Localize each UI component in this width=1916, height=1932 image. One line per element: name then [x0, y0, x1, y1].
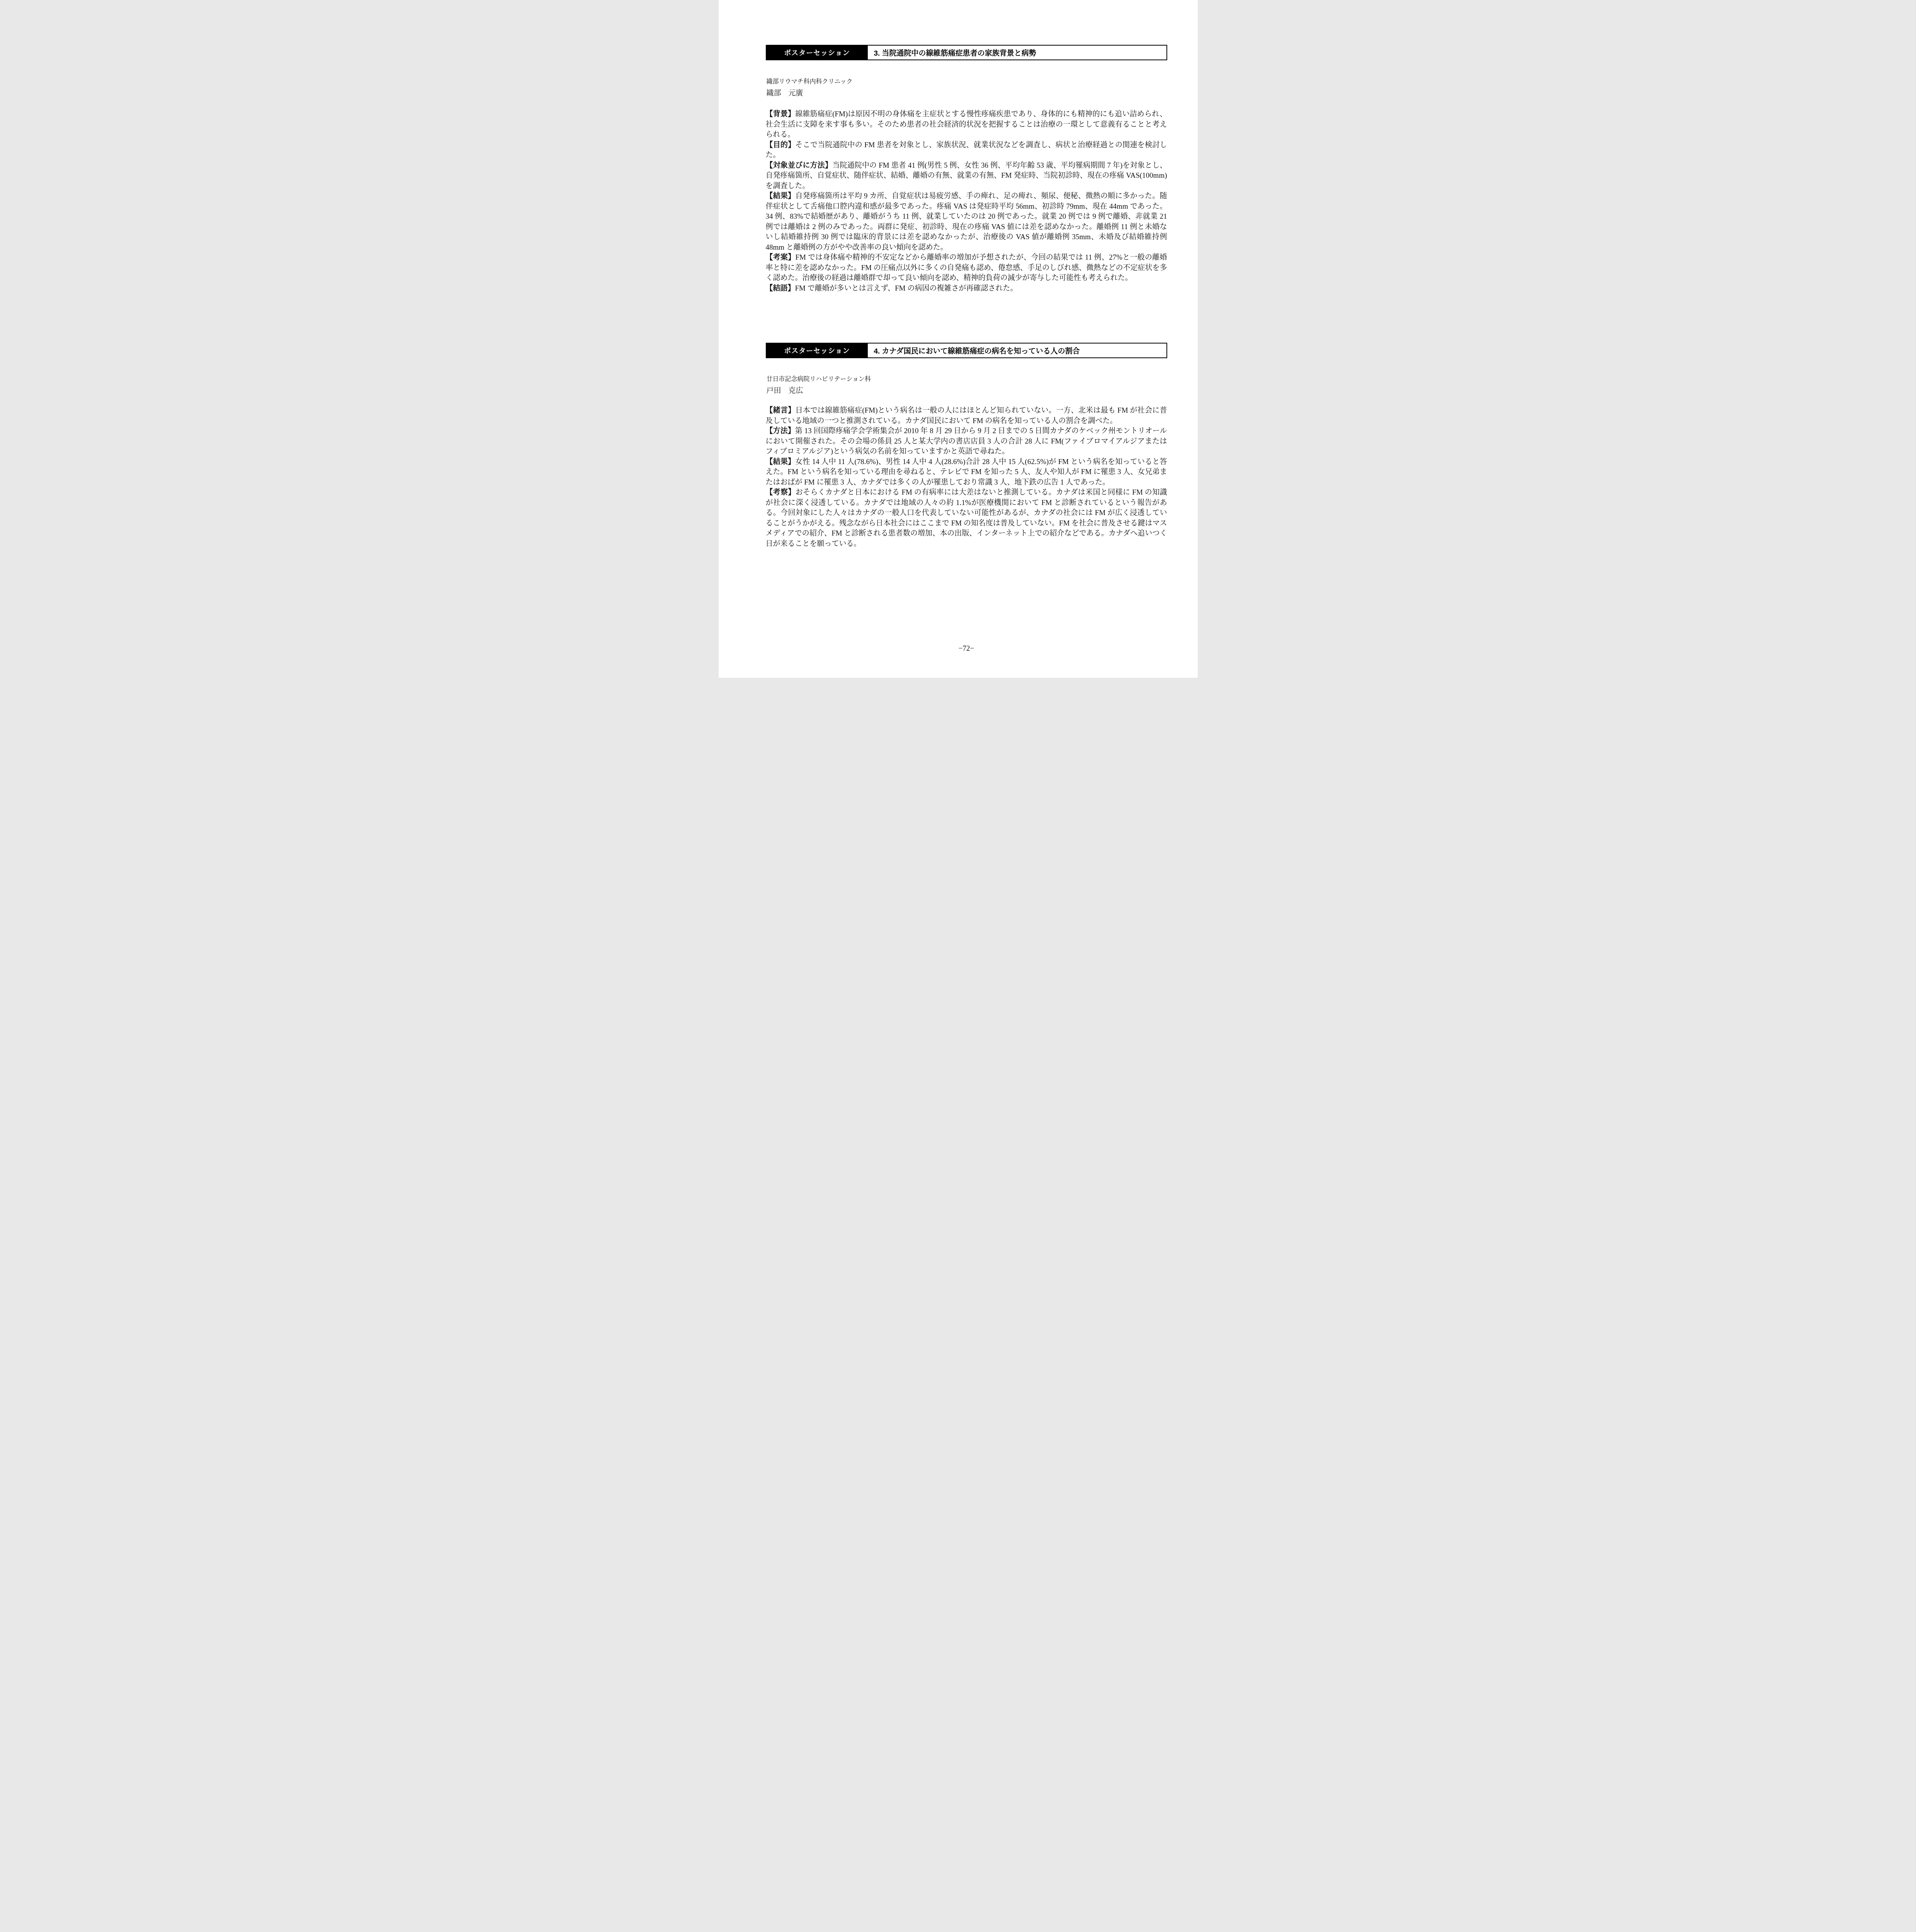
paragraph-heading: 【緒言】	[766, 406, 796, 415]
page-number: −72−	[766, 645, 1167, 653]
abstract-body: 【背景】線維筋痛症(FM)は原因不明の身体痛を主症状とする慢性疼痛疾患であり、身…	[766, 109, 1167, 294]
session-label: ポスターセッション	[767, 46, 868, 60]
abstract-paragraph: 【目的】そこで当院通院中の FM 患者を対象とし、家族状況、就業状況などを調査し…	[766, 140, 1167, 161]
paragraph-text: そこで当院通院中の FM 患者を対象とし、家族状況、就業状況などを調査し、病状と…	[766, 141, 1167, 160]
abstract-paragraph: 【結果】自発疼痛箇所は平均 9 カ所、自覚症状は易疲労感、手の痺れ、足の痺れ、頻…	[766, 191, 1167, 253]
paragraph-text: 第 13 回国際疼痛学会学術集会が 2010 年 8 月 29 日から 9 月 …	[766, 427, 1167, 456]
paragraph-heading: 【考案】	[766, 253, 796, 262]
paragraph-heading: 【対象並びに方法】	[766, 162, 833, 170]
paragraph-text: FM で離婚が多いとは言えず、FM の病因の複雑さが再確認された。	[795, 284, 1018, 293]
abstract-paragraph: 【対象並びに方法】当院通院中の FM 患者 41 例(男性 5 例、女性 36 …	[766, 161, 1167, 192]
abstract-paragraph: 【緒言】日本では線維筋痛症(FM)という病名は一般の人にはほとんど知られていない…	[766, 406, 1167, 426]
abstract-paragraph: 【結語】FM で離婚が多いとは言えず、FM の病因の複雑さが再確認された。	[766, 284, 1167, 294]
author-name: 戸田 克広	[767, 386, 871, 396]
document-page: ポスターセッション 3. 当院通院中の線維筋痛症患者の家族背景と病勢 織部リウマ…	[719, 0, 1198, 678]
paragraph-heading: 【考察】	[766, 488, 796, 497]
paragraph-text: 自発疼痛箇所は平均 9 カ所、自覚症状は易疲労感、手の痺れ、足の痺れ、頻尿、便秘…	[766, 192, 1167, 252]
affiliation-block: 織部リウマチ科内科クリニック 織部 元廣	[767, 78, 853, 98]
paragraph-text: おそらくカナダと日本における FM の有病率には大差はないと推測している。カナダ…	[766, 488, 1167, 548]
abstract-paragraph: 【考察】おそらくカナダと日本における FM の有病率には大差はないと推測している…	[766, 488, 1167, 549]
affiliation-block: 廿日市記念病院リハビリテーション科 戸田 克広	[767, 376, 871, 396]
abstract-body: 【緒言】日本では線維筋痛症(FM)という病名は一般の人にはほとんど知られていない…	[766, 406, 1167, 549]
abstract-paragraph: 【考案】FM では身体痛や精神的不安定などから離婚率の増加が予想されたが、今回の…	[766, 253, 1167, 284]
session-header-bar: ポスターセッション 4. カナダ国民において線維筋痛症の病名を知っている人の割合	[766, 343, 1167, 358]
session-title: 4. カナダ国民において線維筋痛症の病名を知っている人の割合	[868, 344, 1166, 357]
session-label: ポスターセッション	[767, 344, 868, 357]
affiliation: 廿日市記念病院リハビリテーション科	[767, 376, 871, 384]
affiliation: 織部リウマチ科内科クリニック	[767, 78, 853, 86]
paragraph-heading: 【方法】	[766, 427, 795, 435]
author-name: 織部 元廣	[767, 89, 853, 99]
paragraph-heading: 【目的】	[766, 141, 796, 149]
session-header-bar: ポスターセッション 3. 当院通院中の線維筋痛症患者の家族背景と病勢	[766, 45, 1167, 60]
paragraph-text: FM では身体痛や精神的不安定などから離婚率の増加が予想されたが、今回の結果では…	[766, 253, 1167, 282]
paragraph-heading: 【結果】	[766, 458, 796, 466]
paragraph-text: 日本では線維筋痛症(FM)という病名は一般の人にはほとんど知られていない。一方、…	[766, 406, 1167, 425]
paragraph-heading: 【背景】	[766, 110, 796, 118]
paragraph-text: 線維筋痛症(FM)は原因不明の身体痛を主症状とする慢性疼痛疾患であり、身体的にも…	[766, 110, 1167, 139]
session-title: 3. 当院通院中の線維筋痛症患者の家族背景と病勢	[868, 46, 1166, 60]
paragraph-text: 女性 14 人中 11 人(78.6%)、男性 14 人中 4 人(28.6%)…	[766, 458, 1167, 486]
paragraph-heading: 【結語】	[766, 284, 795, 293]
paragraph-heading: 【結果】	[766, 192, 796, 200]
abstract-paragraph: 【背景】線維筋痛症(FM)は原因不明の身体痛を主症状とする慢性疼痛疾患であり、身…	[766, 109, 1167, 140]
abstract-paragraph: 【方法】第 13 回国際疼痛学会学術集会が 2010 年 8 月 29 日から …	[766, 426, 1167, 457]
abstract-paragraph: 【結果】女性 14 人中 11 人(78.6%)、男性 14 人中 4 人(28…	[766, 457, 1167, 488]
